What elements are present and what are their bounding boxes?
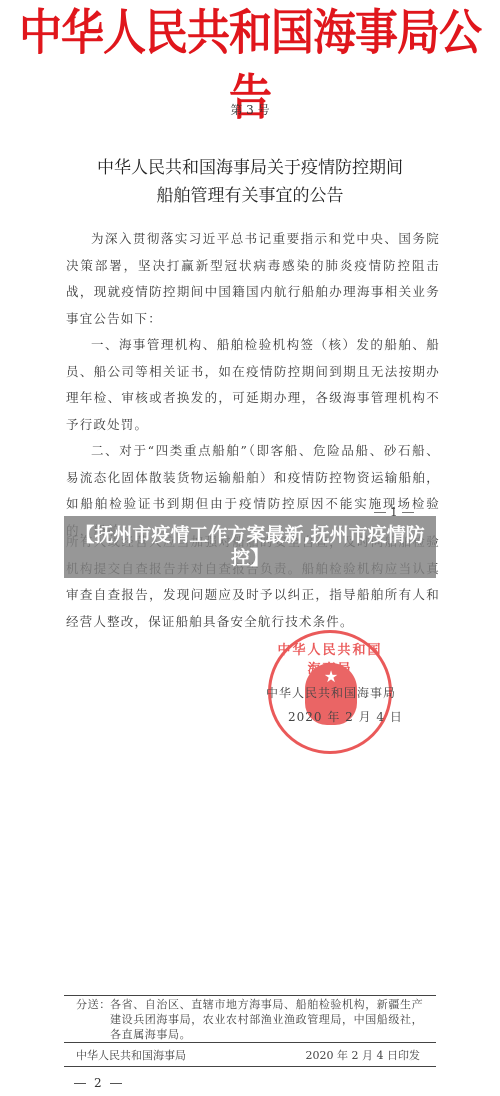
document-title-line-1: 中华人民共和国海事局关于疫情防控期间 [0, 154, 500, 182]
headline-banner-text: 【抚州市疫情工作方案最新,抚州市疫情防控】 [70, 524, 430, 570]
footer-issue-date: 2020 年 2 月 4 日印发 [306, 1047, 420, 1063]
paragraph-item-1: 一、海事管理机构、船舶检验机构签（核）发的船舶、船员、船公司等相关证书，如在疫情… [66, 332, 440, 438]
headline-banner[interactable]: 【抚州市疫情工作方案最新,抚州市疫情防控】 [64, 516, 436, 578]
footer-issuing-org: 中华人民共和国海事局 [76, 1047, 186, 1063]
document-title: 中华人民共和国海事局关于疫情防控期间 船舶管理有关事宜的公告 [0, 154, 500, 210]
distribution-block: 分送： 各省、自治区、直辖市地方海事局、船舶检验机构，新疆生产建设兵团海事局，农… [76, 997, 432, 1042]
page-number: 2 [66, 1076, 130, 1090]
divider-middle [64, 1042, 436, 1043]
document-number: 第 3 号 [0, 101, 500, 118]
distribution-list: 各省、自治区、直辖市地方海事局、船舶检验机构，新疆生产建设兵团海事局，农业农村部… [110, 997, 432, 1042]
signature-org: 中华人民共和国海事局 [266, 684, 396, 701]
divider-bottom [64, 1066, 436, 1067]
document-title-line-2: 船舶管理有关事宜的公告 [0, 182, 500, 210]
signature-date: 2020 年 2 月 4 日 [288, 708, 403, 725]
distribution-label: 分送： [76, 997, 111, 1012]
paragraph-intro: 为深入贯彻落实习近平总书记重要指示和党中央、国务院决策部署，坚决打赢新型冠状病毒… [66, 226, 440, 332]
divider-top [64, 995, 436, 996]
